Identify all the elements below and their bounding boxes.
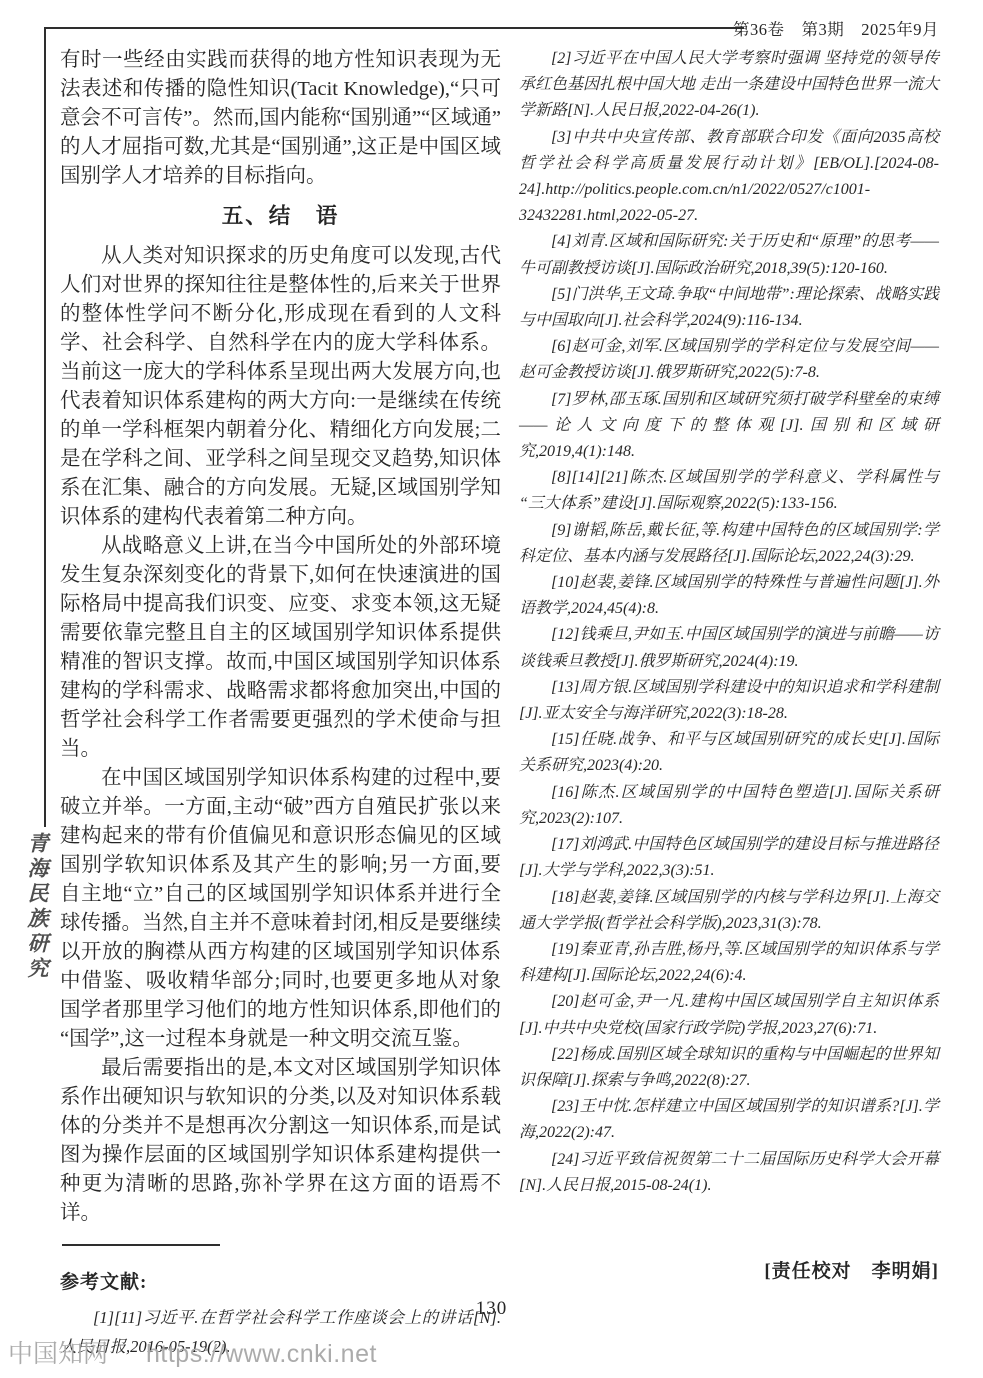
reference-item: [6]赵可金,刘军.区域国别学的学科定位与发展空间——赵可金教授访谈[J].俄罗… bbox=[519, 334, 939, 386]
reference-item: [18]赵裴,姜锋.区域国别学的内核与学科边界[J].上海交通大学学报(哲学社会… bbox=[519, 885, 939, 937]
reference-item: [8][14][21]陈杰.区域国别学的学科意义、学科属性与“三大体系”建设[J… bbox=[519, 465, 939, 517]
scanned-paper-page: 第36卷 第3期 2025年9月 青海民族研究 有时一些经由实践而获得的地方性知… bbox=[0, 0, 983, 1378]
issue-info: 第36卷 第3期 2025年9月 bbox=[733, 16, 939, 40]
cnki-watermark: 中国知网https://www.cnki.net bbox=[8, 1334, 377, 1370]
left-column: 有时一些经由实践而获得的地方性知识表现为无法表述和传播的隐性知识(Tacit K… bbox=[60, 46, 501, 1361]
reference-item: [9]谢韬,陈岳,戴长征,等.构建中国特色的区域国别学:学科定位、基本内涵与发展… bbox=[519, 518, 939, 570]
watermark-site-name: 中国知网 bbox=[8, 1340, 108, 1368]
section-heading: 五、结 语 bbox=[60, 202, 501, 231]
footnote-divider bbox=[62, 1244, 220, 1246]
reference-item: [22]杨成.国别区域全球知识的重构与中国崛起的世界知识保障[J].探索与争鸣,… bbox=[519, 1042, 939, 1094]
reference-item: [20]赵可金,尹一凡.建构中国区域国别学自主知识体系[J].中共中央党校(国家… bbox=[519, 989, 939, 1041]
proofreader-note: [责任校对 李明娟] bbox=[519, 1256, 939, 1283]
reference-item: [10]赵裴,姜锋.区域国别学的特殊性与普遍性问题[J].外语教学,2024,4… bbox=[519, 570, 939, 622]
reference-item: [17]刘鸿武.中国特色区域国别学的建设目标与推进路径[J].大学与学科,202… bbox=[519, 832, 939, 884]
right-column references-list: [2]习近平在中国人民大学考察时强调 坚持党的领导传承红色基因扎根中国大地 走出… bbox=[519, 46, 939, 1199]
reference-item: [5]门洪华,王文琦.争取“中间地带”:理论探索、战略实践与中国取向[J].社会… bbox=[519, 282, 939, 334]
watermark-url: https://www.cnki.net bbox=[146, 1340, 377, 1368]
left-border-rule bbox=[44, 27, 46, 827]
reference-item: [2]习近平在中国人民大学考察时强调 坚持党的领导传承红色基因扎根中国大地 走出… bbox=[519, 46, 939, 125]
reference-item: [15]任晓.战争、和平与区域国别研究的成长史[J].国际关系研究,2023(4… bbox=[519, 727, 939, 779]
reference-item: [7]罗林,邵玉琢.国别和区域研究须打破学科壁垒的束缚——论人文向度下的整体观[… bbox=[519, 387, 939, 466]
page-number: 130 bbox=[0, 1298, 983, 1320]
body-paragraph: 从人类对知识探求的历史角度可以发现,古代人们对世界的探知往往是整体性的,后来关于… bbox=[60, 242, 501, 532]
references-heading: 参考文献: bbox=[60, 1268, 501, 1297]
journal-name-vertical: 青海民族研究 bbox=[26, 832, 47, 982]
top-border-rule bbox=[44, 27, 744, 29]
reference-item: [13]周方银.区域国别学科建设中的知识追求和学科建制[J].亚太安全与海洋研究… bbox=[519, 675, 939, 727]
reference-item: [16]陈杰.区域国别学的中国特色塑造[J].国际关系研究,2023(2):10… bbox=[519, 780, 939, 832]
reference-item: [24]习近平致信祝贺第二十二届国际历史科学大会开幕[N].人民日报,2015-… bbox=[519, 1147, 939, 1199]
reference-item: [12]钱乘旦,尹如玉.中国区域国别学的演进与前瞻——访谈钱乘旦教授[J].俄罗… bbox=[519, 622, 939, 674]
reference-item: [19]秦亚青,孙吉胜,杨丹,等.区域国别学的知识体系与学科建构[J].国际论坛… bbox=[519, 937, 939, 989]
reference-item: [23]王中忱.怎样建立中国区域国别学的知识谱系?[J].学海,2022(2):… bbox=[519, 1094, 939, 1146]
reference-item: [3]中共中央宣传部、教育部联合印发《面向2035高校哲学社会科学高质量发展行动… bbox=[519, 125, 939, 230]
intro-paragraph: 有时一些经由实践而获得的地方性知识表现为无法表述和传播的隐性知识(Tacit K… bbox=[60, 46, 501, 191]
reference-item: [4]刘青.区域和国际研究:关于历史和“原理”的思考——牛可副教授访谈[J].国… bbox=[519, 229, 939, 281]
body-paragraph: 从战略意义上讲,在当今中国所处的外部环境发生复杂深刻变化的背景下,如何在快速演进… bbox=[60, 532, 501, 764]
body-paragraph: 最后需要指出的是,本文对区域国别学知识体系作出硬知识与软知识的分类,以及对知识体… bbox=[60, 1054, 501, 1228]
body-paragraph: 在中国区域国别学知识体系构建的过程中,要破立并举。一方面,主动“破”西方自殖民扩… bbox=[60, 764, 501, 1054]
